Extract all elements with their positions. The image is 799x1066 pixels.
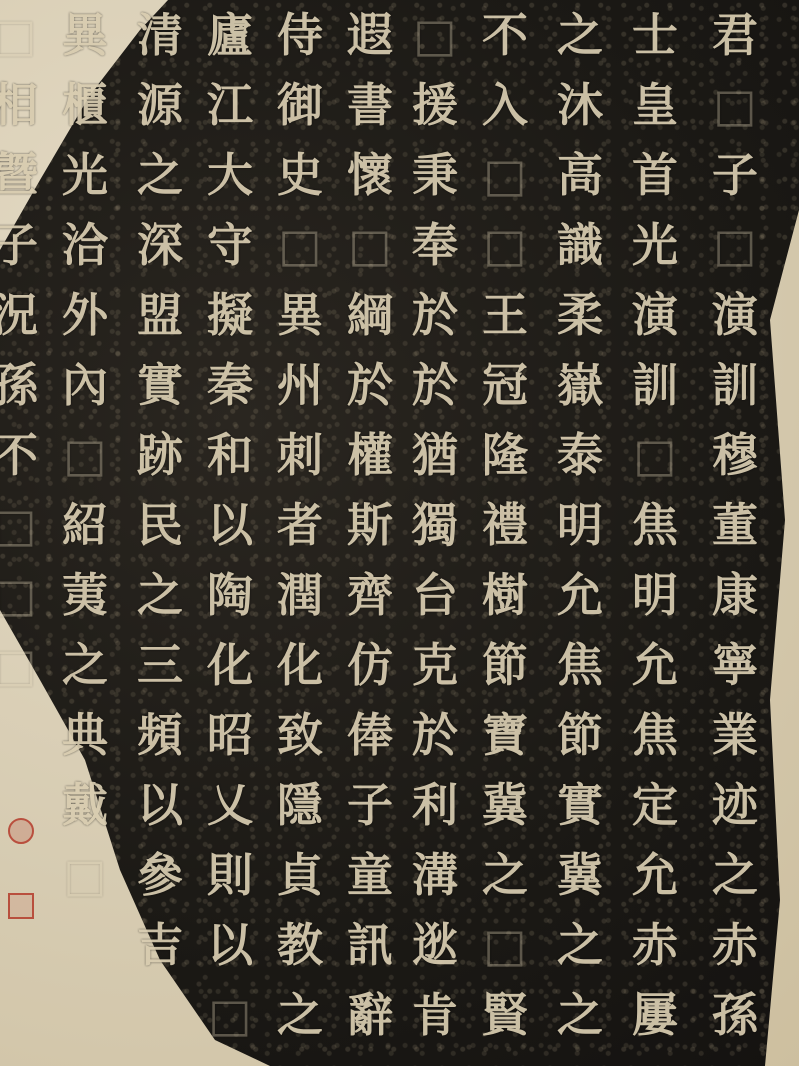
inscription-character: 明 [620,560,690,630]
inscription-character: 廬 [195,0,265,70]
inscription-character: 於 [335,350,405,420]
inscription-character: 子 [335,770,405,840]
inscription-character: 外 [50,280,120,350]
inscription-character: 齊 [335,560,405,630]
inscription-character: 之 [545,980,615,1050]
inscription-character: 識 [545,210,615,280]
inscription-character: 冀 [545,840,615,910]
inscription-character: 之 [545,0,615,70]
inscription-character: 秦 [195,350,265,420]
inscription-character: 況 [0,280,50,350]
inscription-character: 允 [545,560,615,630]
inscription-character: 孫 [0,350,50,420]
inscription-character: 斯 [335,490,405,560]
inscription-character: 王 [470,280,540,350]
inscription-character: 首 [620,140,690,210]
inscription-character: 童 [335,840,405,910]
inscription-character: 於 [400,700,470,770]
inscription-character: 教 [265,910,335,980]
inscription-character: 辭 [335,980,405,1050]
inscription-character: 守 [195,210,265,280]
inscription-column: 不入□□王冠隆禮樹節寶冀之□賢 [470,0,540,1050]
inscription-character: 之 [265,980,335,1050]
inscription-character: 業 [700,700,770,770]
inscription-character: 化 [195,630,265,700]
inscription-character: 盟 [125,280,195,350]
inscription-character: 參 [125,840,195,910]
inscription-character: 頻 [125,700,195,770]
inscription-character: 明 [545,490,615,560]
inscription-character: 之 [125,560,195,630]
inscription-character: 之 [470,840,540,910]
inscription-character: 秉 [400,140,470,210]
inscription-character: 州 [265,350,335,420]
inscription-character: 刺 [265,420,335,490]
inscription-character: 樹 [470,560,540,630]
inscription-character: 焦 [545,630,615,700]
inscription-character: □ [195,980,265,1050]
inscription-character: 綱 [335,280,405,350]
inscription-character: 之 [50,630,120,700]
inscription-character: 權 [335,420,405,490]
inscription-character: 以 [125,770,195,840]
inscription-character: 典 [50,700,120,770]
inscription-character: 清 [125,0,195,70]
inscription-character: 迹 [700,770,770,840]
inscription-character: 以 [195,490,265,560]
rubbing-paper: 君□子□演訓穆董康寧業迹之赤孫士皇首光演訓□焦明允焦定允赤屢之沐高識柔嶽泰明允焦… [0,0,799,1066]
inscription-character: 櫃 [50,70,120,140]
inscription-character: 實 [125,350,195,420]
inscription-character: 赤 [620,910,690,980]
inscription-character: 化 [265,630,335,700]
inscription-character: 子 [700,140,770,210]
inscription-character: □ [50,420,120,490]
inscription-character: 陶 [195,560,265,630]
inscription-columns: 君□子□演訓穆董康寧業迹之赤孫士皇首光演訓□焦明允焦定允赤屢之沐高識柔嶽泰明允焦… [0,0,799,1066]
inscription-character: 深 [125,210,195,280]
inscription-character: □ [470,910,540,980]
inscription-character: 俸 [335,700,405,770]
inscription-character: 演 [620,280,690,350]
inscription-character: 定 [620,770,690,840]
inscription-character: 演 [700,280,770,350]
inscription-character: 貞 [265,840,335,910]
inscription-character: 史 [265,140,335,210]
inscription-character: □ [470,140,540,210]
inscription-character: 訊 [335,910,405,980]
inscription-character: □ [265,210,335,280]
inscription-character: □ [0,630,50,700]
inscription-character: 沐 [545,70,615,140]
inscription-character: 不 [0,420,50,490]
inscription-character: 荑 [50,560,120,630]
inscription-character: 戴 [50,770,120,840]
inscription-character: 江 [195,70,265,140]
inscription-character: 冠 [470,350,540,420]
inscription-character: 獨 [400,490,470,560]
inscription-character: 訓 [700,350,770,420]
inscription-character: 禮 [470,490,540,560]
inscription-character: 於 [400,280,470,350]
inscription-character: 台 [400,560,470,630]
inscription-column: 異櫃光洽外內□紹荑之典戴□ [50,0,120,910]
inscription-character: 冀 [470,770,540,840]
inscription-character: 大 [195,140,265,210]
inscription-character: 隆 [470,420,540,490]
inscription-character: 和 [195,420,265,490]
inscription-character: 之 [545,910,615,980]
inscription-character: 焦 [620,490,690,560]
inscription-character: 光 [50,140,120,210]
inscription-character: 訓 [620,350,690,420]
inscription-character: 懷 [335,140,405,210]
inscription-character: □ [0,0,50,70]
inscription-character: 焦 [620,700,690,770]
inscription-character: 之 [700,840,770,910]
inscription-character: 泰 [545,420,615,490]
inscription-character: 奉 [400,210,470,280]
inscription-character: 康 [700,560,770,630]
inscription-character: 乂 [195,770,265,840]
inscription-column: 君□子□演訓穆董康寧業迹之赤孫 [700,0,770,1050]
inscription-character: 寶 [470,700,540,770]
red-seal-square [8,893,34,919]
inscription-character: □ [620,420,690,490]
inscription-character: 則 [195,840,265,910]
inscription-character: 赤 [700,910,770,980]
inscription-character: 者 [265,490,335,560]
inscription-character: 遐 [335,0,405,70]
inscription-character: 逖 [400,910,470,980]
inscription-character: 節 [470,630,540,700]
inscription-character: 允 [620,840,690,910]
inscription-character: 吉 [125,910,195,980]
inscription-character: 書 [335,70,405,140]
inscription-character: 賢 [470,980,540,1050]
inscription-character: □ [335,210,405,280]
inscription-character: □ [0,490,50,560]
inscription-character: 於 [400,350,470,420]
inscription-character: 高 [545,140,615,210]
inscription-character: 君 [700,0,770,70]
inscription-character: 源 [125,70,195,140]
red-seal-round [8,818,34,844]
inscription-character: 異 [50,0,120,70]
inscription-character: 光 [620,210,690,280]
inscription-character: 昭 [195,700,265,770]
inscription-character: □ [400,0,470,70]
inscription-column: 之沐高識柔嶽泰明允焦節實冀之之 [545,0,615,1050]
inscription-character: 致 [265,700,335,770]
inscription-character: □ [700,70,770,140]
inscription-character: 相 [0,70,50,140]
inscription-character: 克 [400,630,470,700]
inscription-character: 董 [700,490,770,560]
inscription-column: 侍御史□異州刺者潤化致隱貞教之 [265,0,335,1050]
inscription-character: 肯 [400,980,470,1050]
inscription-character: 柔 [545,280,615,350]
inscription-character: 不 [470,0,540,70]
inscription-character: 洽 [50,210,120,280]
inscription-column: 遐書懷□綱於權斯齊仿俸子童訊辭 [335,0,405,1050]
inscription-character: □ [50,840,120,910]
inscription-character: 仿 [335,630,405,700]
inscription-character: 皇 [620,70,690,140]
inscription-character: 曁 [0,140,50,210]
inscription-character: 異 [265,280,335,350]
inscription-character: □ [700,210,770,280]
inscription-character: 允 [620,630,690,700]
inscription-character: □ [0,560,50,630]
inscription-character: 之 [125,140,195,210]
inscription-character: 利 [400,770,470,840]
inscription-character: 民 [125,490,195,560]
inscription-character: 屢 [620,980,690,1050]
inscription-character: □ [470,210,540,280]
inscription-character: 三 [125,630,195,700]
inscription-character: 士 [620,0,690,70]
inscription-character: 穆 [700,420,770,490]
inscription-character: 實 [545,770,615,840]
inscription-character: 猶 [400,420,470,490]
inscription-character: 節 [545,700,615,770]
inscription-character: 子 [0,210,50,280]
inscription-character: 擬 [195,280,265,350]
inscription-character: 隱 [265,770,335,840]
inscription-character: 援 [400,70,470,140]
inscription-column: 士皇首光演訓□焦明允焦定允赤屢 [620,0,690,1050]
inscription-column: □援秉奉於於猶獨台克於利溝逖肯 [400,0,470,1050]
inscription-column: 清源之深盟實跡民之三頻以參吉 [125,0,195,980]
inscription-column: □相曁子況孫不□□□ [0,0,50,700]
inscription-character: 溝 [400,840,470,910]
inscription-column: 廬江大守擬秦和以陶化昭乂則以□ [195,0,265,1050]
inscription-character: 潤 [265,560,335,630]
inscription-character: 孫 [700,980,770,1050]
inscription-character: 嶽 [545,350,615,420]
inscription-character: 御 [265,70,335,140]
inscription-character: 侍 [265,0,335,70]
inscription-character: 寧 [700,630,770,700]
inscription-character: 紹 [50,490,120,560]
inscription-character: 以 [195,910,265,980]
inscription-character: 入 [470,70,540,140]
inscription-character: 跡 [125,420,195,490]
inscription-character: 內 [50,350,120,420]
